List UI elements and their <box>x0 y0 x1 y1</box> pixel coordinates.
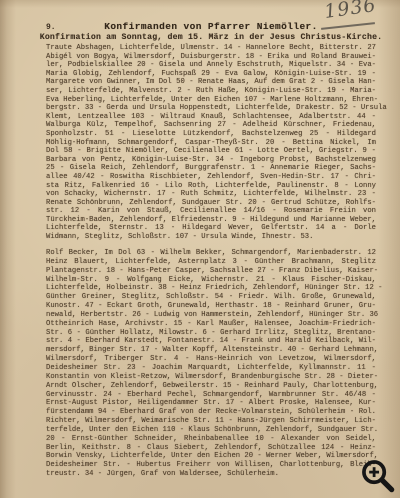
text-line: Plantagenstr. 18 - Hans-Peter Casper, Sa… <box>46 267 376 276</box>
text-line: Heinz Blauert, Lichterfelde, Asternplatz… <box>46 258 376 267</box>
text-line: Deidesheimer Str. 23 - Joachim Marquardt… <box>46 364 376 373</box>
text-line: treustr. 34 - Jürgen, Graf von Waldersee… <box>46 470 376 479</box>
text-line: Traute Abshagen, Lichterfelde, Ulmenstr.… <box>46 44 376 53</box>
text-line: fürstendamm 94 - Eberhard Graf von der R… <box>46 408 376 417</box>
text-line: Günther Greiner, Steglitz, Schloßstr. 54… <box>46 293 376 302</box>
confirmands-girls-paragraph: Traute Abshagen, Lichterfelde, Ulmenstr.… <box>46 44 376 242</box>
text-line: Abigél von Bogya, Wilmersdorf, Duisburge… <box>46 53 376 62</box>
text-line: ser, Lichterfelde, Malvenstr. 2 - Ruth H… <box>46 87 376 96</box>
text-line: Borwin Vensky, Lichterfelde, Unter den E… <box>46 452 376 461</box>
text-line: Ernst-August Pistor, Heiligendammer Str.… <box>46 399 376 408</box>
text-line: 25 - Gisela Reich, Zehlendorf, Burggrafe… <box>46 164 376 173</box>
text-line: Deidesheimer Str. - Hubertus Freiherr vo… <box>46 461 376 470</box>
scanned-document-page: 1936 9. Konfirmanden von Pfarrer Niemöll… <box>0 0 400 498</box>
text-line: Walburga Külz, Tempelhof, Sachsenring 27… <box>46 121 376 130</box>
text-line: terfelde, Unter den Eichen 110 - Klaus S… <box>46 426 376 435</box>
text-line: ler, Podbielskiallee 20 - Gisela und Ann… <box>46 61 376 70</box>
text-line: von Schacky, Wichernstr. 17 - Ruth Schmi… <box>46 190 376 199</box>
text-line: Margarete von Gwinner, Im Dol 50 - Renat… <box>46 78 376 87</box>
text-line: Rolf Becker, Im Dol 63 - Wilhelm Bekker,… <box>46 249 376 258</box>
magnifier-plus-icon <box>359 457 396 494</box>
handwritten-year-annotation: 1936 <box>323 0 378 23</box>
text-line: Sponholzstr. 51 - Lieselotte Lützkendorf… <box>46 130 376 139</box>
text-line: Möhlig-Hofmann, Schmargendorf, Caspar-Th… <box>46 139 376 148</box>
text-line: Renate Schönbrunn, Zehlendorf, Sundgauer… <box>46 199 376 208</box>
document-subtitle: Konfirmation am Sonntag, dem 15. März in… <box>36 33 386 42</box>
text-line: newald, Herbertstr. 26 - Ludwig von Hamm… <box>46 311 376 320</box>
text-line: Kunostr. 47 - Eckart Groth, Grunewald, H… <box>46 302 376 311</box>
text-line: Lichterfelde, Sternstr. 13 - Hildegard W… <box>46 224 376 233</box>
text-line: str. 12 - Karin von Stauß, Cecilienallee… <box>46 207 376 216</box>
text-line: Ottheinrich Hase, Archivstr. 15 - Karl M… <box>46 320 376 329</box>
document-title: Konfirmanden von Pfarrer Niemöller. <box>46 21 376 32</box>
text-line: Arndt Olscher, Zehlendorf, Gebweilerstr.… <box>46 382 376 391</box>
text-line: sta Ritz, Falkenried 16 - Lilo Roth, Lic… <box>46 182 376 191</box>
text-line: Wilmersdorf, Triberger Str. 4 - Hans-Hei… <box>46 355 376 364</box>
text-line: Eva Heberling, Lichterfelde, Unter den E… <box>46 96 376 105</box>
confirmands-boys-paragraph: Rolf Becker, Im Dol 63 - Wilhelm Bekker,… <box>46 249 376 479</box>
text-line: str. 4 - Eberhard Karstedt, Fontanestr. … <box>46 337 376 346</box>
text-line: Dol 58 - Brigitte Niemöller, Cecilienall… <box>46 147 376 156</box>
text-line: 20 - Ernst-Günther Schneider, Rheinbaben… <box>46 435 376 444</box>
zoom-in-button[interactable] <box>359 457 396 494</box>
text-line: Richter, Wilmersdorf, Weimarische Str. 1… <box>46 417 376 426</box>
text-line: allee 40/42 - Roswitha Rischbieter, Zehl… <box>46 173 376 182</box>
text-line: Konstantin von Kleist-Retzow, Wilmersdor… <box>46 373 376 382</box>
text-line: mersdorf, Binger Str. 17 - Walter Kopff,… <box>46 346 376 355</box>
text-line: bergstr. 33 - Gerda und Ursula Hoppenste… <box>46 104 376 113</box>
text-line: Lichterfelde, Holbeinstr. 38 - Heinz Fri… <box>46 284 376 293</box>
text-line: Widmann, Steglitz, Schloßstr. 107 - Ursu… <box>46 233 376 242</box>
